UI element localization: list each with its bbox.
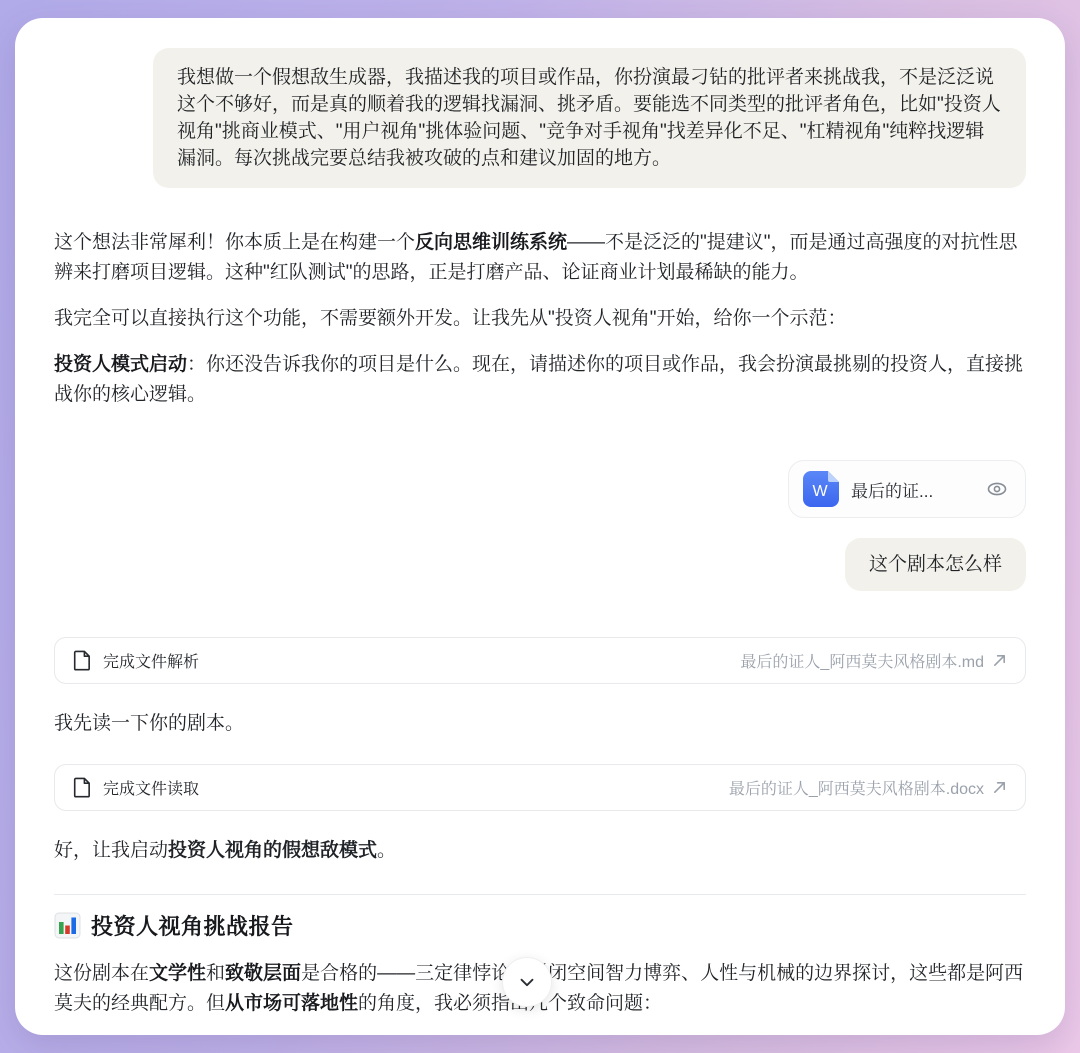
assistant-paragraph: 这个想法非常犀利！你本质上是在构建一个反向思维训练系统——不是泛泛的"提建议"，… xyxy=(54,228,1026,288)
section-divider xyxy=(54,894,1026,895)
report-heading: 投资人视角挑战报告 xyxy=(91,910,294,941)
tool-event-file-link[interactable]: 最后的证人_阿西莫夫风格剧本.docx xyxy=(729,776,1007,799)
user-message-bubble: 我想做一个假想敌生成器，我描述我的项目或作品，你扮演最刁钻的批评者来挑战我，不是… xyxy=(153,48,1026,188)
tool-event-file-name: 最后的证人_阿西莫夫风格剧本.docx xyxy=(729,776,984,799)
user-message-text: 这个剧本怎么样 xyxy=(869,554,1002,575)
svg-text:W: W xyxy=(812,483,828,500)
assistant-paragraph: 我先读一下你的剧本。 xyxy=(54,709,1026,739)
external-link-icon xyxy=(992,780,1007,795)
document-icon xyxy=(73,777,92,798)
attachment-card[interactable]: W 最后的证... xyxy=(788,460,1026,518)
report-heading-row: 投资人视角挑战报告 xyxy=(54,910,1026,941)
external-link-icon xyxy=(992,653,1007,668)
word-file-icon: W xyxy=(803,471,839,507)
eye-icon[interactable] xyxy=(985,477,1009,501)
assistant-paragraph: 我完全可以直接执行这个功能，不需要额外开发。让我先从"投资人视角"开始，给你一个… xyxy=(54,304,1026,334)
tool-event-row[interactable]: 完成文件解析 最后的证人_阿西莫夫风格剧本.md xyxy=(54,637,1026,684)
chevron-down-icon xyxy=(516,971,538,993)
user-message-bubble: 这个剧本怎么样 xyxy=(845,538,1026,591)
bar-chart-icon xyxy=(54,912,81,939)
document-icon xyxy=(73,650,92,671)
assistant-paragraph: 好，让我启动投资人视角的假想敌模式。 xyxy=(54,836,1026,866)
tool-event-file-name: 最后的证人_阿西莫夫风格剧本.md xyxy=(740,649,984,672)
app-background: { "colors": { "background_gradient_start… xyxy=(0,0,1080,1053)
tool-event-status: 完成文件解析 xyxy=(103,649,199,672)
user-message-text: 我想做一个假想敌生成器，我描述我的项目或作品，你扮演最刁钻的批评者来挑战我，不是… xyxy=(177,67,1001,169)
conversation-panel: 我想做一个假想敌生成器，我描述我的项目或作品，你扮演最刁钻的批评者来挑战我，不是… xyxy=(15,18,1065,1035)
tool-event-file-link[interactable]: 最后的证人_阿西莫夫风格剧本.md xyxy=(740,649,1007,672)
tool-event-row[interactable]: 完成文件读取 最后的证人_阿西莫夫风格剧本.docx xyxy=(54,764,1026,811)
attachment-file-name: 最后的证... xyxy=(851,477,973,502)
assistant-paragraph: 投资人模式启动：你还没告诉我你的项目是什么。现在，请描述你的项目或作品，我会扮演… xyxy=(54,350,1026,410)
scroll-to-bottom-button[interactable] xyxy=(502,957,552,1007)
tool-event-status: 完成文件读取 xyxy=(103,776,199,799)
